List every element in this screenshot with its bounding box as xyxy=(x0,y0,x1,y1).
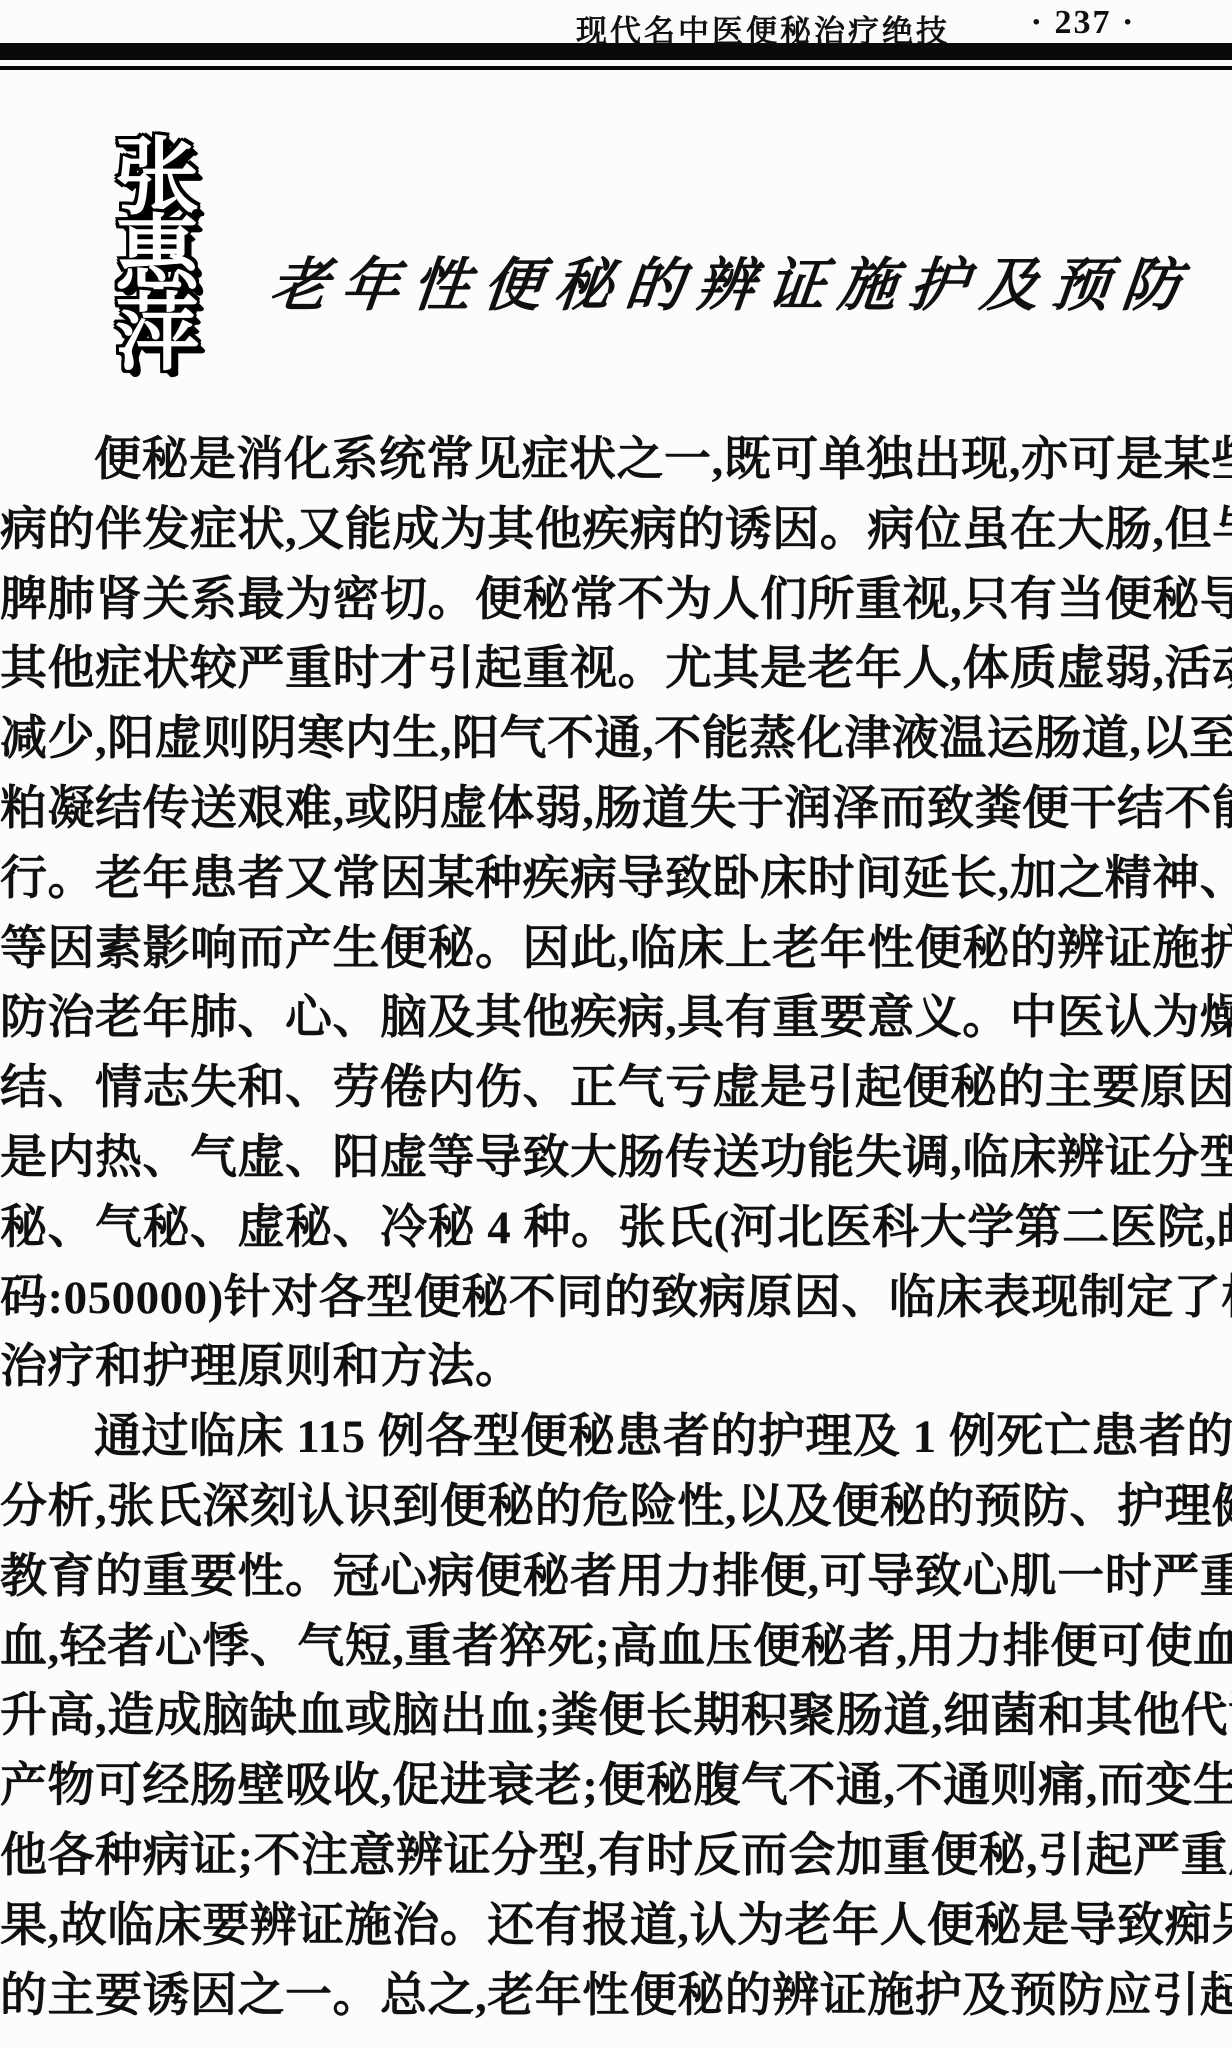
body-line: 等因素影响而产生便秘。因此,临床上老年性便秘的辨证施护对 xyxy=(0,915,1232,985)
body-line: 教育的重要性。冠心病便秘者用力排便,可导致心肌一时严重缺 xyxy=(0,1543,1232,1613)
body-line: 便秘是消化系统常见症状之一,既可单独出现,亦可是某些疾 xyxy=(0,426,1232,496)
body-line: 是内热、气虚、阳虚等导致大肠传送功能失调,临床辨证分型为热 xyxy=(0,1124,1232,1194)
body-line: 治疗和护理原则和方法。 xyxy=(0,1333,1232,1403)
author-char: 萍 xyxy=(92,294,222,372)
running-header: 现代名中医便秘治疗绝技 · 237 · xyxy=(0,0,1232,43)
author-char: 张 xyxy=(92,138,222,216)
body-line: 升高,造成脑缺血或脑出血;粪便长期积聚肠道,细菌和其他代谢 xyxy=(0,1682,1232,1752)
body-line: 结、情志失和、劳倦内伤、正气亏虚是引起便秘的主要原因,其机制 xyxy=(0,1054,1232,1124)
body-line: 他各种病证;不注意辨证分型,有时反而会加重便秘,引起严重后 xyxy=(0,1822,1232,1892)
body-line: 病的伴发症状,又能成为其他疾病的诱因。病位虽在大肠,但与肝 xyxy=(0,496,1232,566)
scanned-book-page: 现代名中医便秘治疗绝技 · 237 · 张 惠 萍 老年性便秘的辨证施护及预防 … xyxy=(0,0,1232,2048)
author-name-vertical: 张 惠 萍 xyxy=(92,138,222,372)
header-rule-thick xyxy=(0,43,1232,60)
body-line: 通过临床 115 例各型便秘患者的护理及 1 例死亡患者的案例 xyxy=(0,1403,1232,1473)
body-text: 便秘是消化系统常见症状之一,既可单独出现,亦可是某些疾病的伴发症状,又能成为其他… xyxy=(0,426,1232,2031)
page-number: · 237 · xyxy=(1031,4,1136,42)
body-line: 脾肺肾关系最为密切。便秘常不为人们所重视,只有当便秘导致 xyxy=(0,566,1232,636)
body-line: 秘、气秘、虚秘、冷秘 4 种。张氏(河北医科大学第二医院,邮政编 xyxy=(0,1194,1232,1264)
chapter-title: 老年性便秘的辨证施护及预防 xyxy=(241,238,1225,322)
body-line: 果,故临床要辨证施治。还有报道,认为老年人便秘是导致痴呆症 xyxy=(0,1892,1232,1962)
body-line: 的主要诱因之一。总之,老年性便秘的辨证施护及预防应引起高 xyxy=(0,1962,1232,2032)
body-line: 防治老年肺、心、脑及其他疾病,具有重要意义。中医认为燥热内 xyxy=(0,984,1232,1054)
header-rule-thin xyxy=(0,66,1232,70)
body-line: 血,轻者心悸、气短,重者猝死;高血压便秘者,用力排便可使血压 xyxy=(0,1613,1232,1683)
body-line: 分析,张氏深刻认识到便秘的危险性,以及便秘的预防、护理健康 xyxy=(0,1473,1232,1543)
body-line: 粕凝结传送艰难,或阴虚体弱,肠道失于润泽而致粪便干结不能下 xyxy=(0,775,1232,845)
body-line: 码:050000)针对各型便秘不同的致病原因、临床表现制定了相应 xyxy=(0,1264,1232,1334)
body-line: 减少,阳虚则阴寒内生,阳气不通,不能蒸化津液温运肠道,以至糟 xyxy=(0,705,1232,775)
author-char: 惠 xyxy=(92,216,222,294)
body-line: 行。老年患者又常因某种疾病导致卧床时间延长,加之精神、饮食 xyxy=(0,845,1232,915)
body-line: 产物可经肠壁吸收,促进衰老;便秘腹气不通,不通则痛,而变生其 xyxy=(0,1752,1232,1822)
body-line: 其他症状较严重时才引起重视。尤其是老年人,体质虚弱,活动度 xyxy=(0,635,1232,705)
